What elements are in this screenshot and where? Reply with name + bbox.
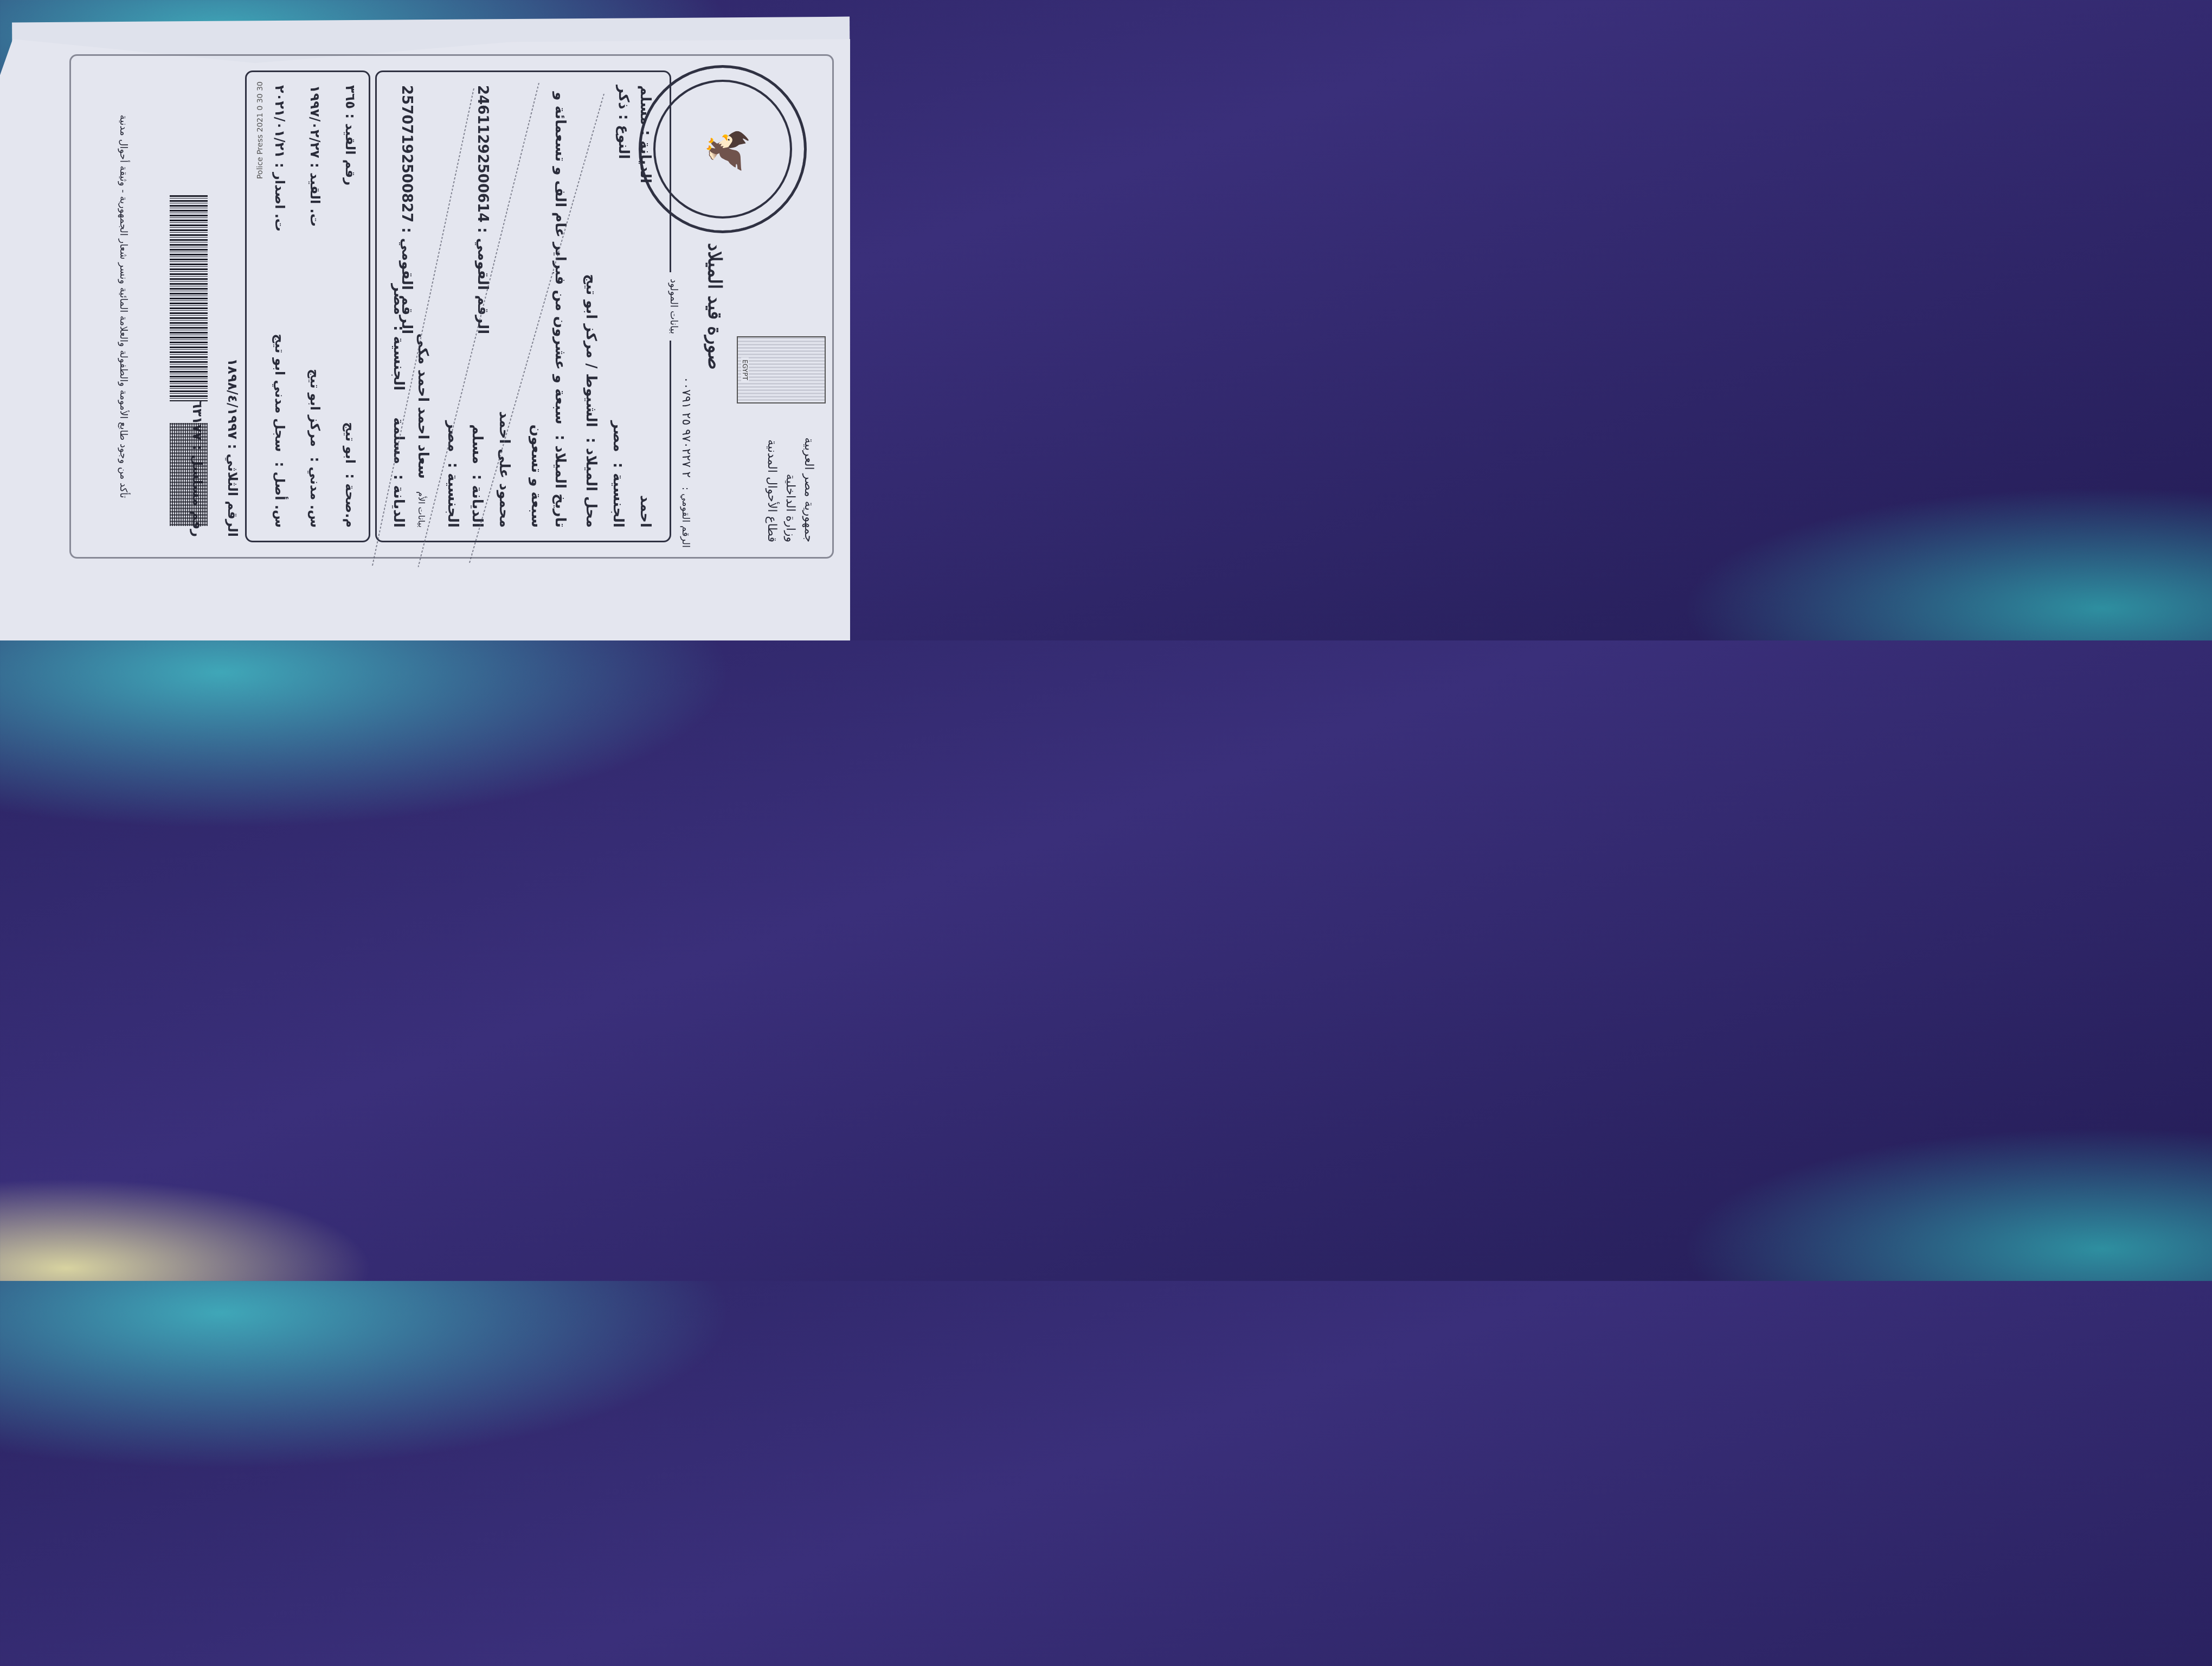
father-national-id-row: الرقم القومي : 24611292500614: [474, 85, 491, 334]
record-date: ١٩٩٧/٠٢/٢٧: [307, 85, 323, 158]
nationality-row: الجنسية : مصر: [610, 85, 626, 528]
birth-date-row: تاريخ الميلاد : سبعة و عشرون من فبراير ع…: [524, 85, 572, 528]
revenue-stamp: EGYPT: [737, 336, 826, 403]
newborn-religion: مسلم: [637, 85, 653, 125]
triple-number-row: الرقم الثلاثي : ١٨٩٨/٤/١٩٩٧: [225, 358, 240, 537]
newborn-section-title: بيانات المولود: [668, 272, 679, 341]
header-country: جمهورية مصر العربية: [799, 438, 818, 542]
child-national-id: الرقم القومي : ٢ ٩٧٠٢٢٧ ٢٥ ٠٠٧٩١: [679, 376, 693, 548]
mother-national-id-row: الرقم القومي : 25707192500827: [398, 85, 415, 334]
father-nationality-row: الجنسية : مصر: [445, 85, 461, 528]
father-name: محمود على احمد: [496, 411, 512, 528]
health-office: ابو تيج: [343, 422, 358, 464]
newborn-nationality: مصر: [610, 421, 626, 452]
newborn-name: احمد: [637, 495, 653, 528]
father-nationality: مصر: [445, 421, 461, 452]
father-name-row: محمود على احمد: [496, 85, 512, 528]
footer-verification-note: تأكد من وجود طابع الأمومة والطفولة والعل…: [118, 65, 129, 548]
security-code-block: [170, 423, 208, 526]
civil-registry: مركز ابو تيج: [307, 369, 323, 447]
birth-place: الشيوط / مركز ابو تيج: [583, 274, 599, 427]
newborn-religion-row: الديانة : مسلم: [637, 85, 653, 183]
record-number: ٣٦٥: [343, 85, 358, 109]
mother-religion: مسلمة: [390, 417, 407, 464]
header-ministry: وزارة الداخلية: [781, 438, 799, 542]
printer-mark: Police Press 2021 0 30 30: [256, 81, 265, 179]
mother-name: سعاد احمد احمد مكى: [415, 334, 431, 479]
mother-national-id: 25707192500827: [398, 85, 415, 222]
stamp-country-label: EGYPT: [741, 357, 749, 382]
header-sector: قطاع الأحوال المدنية: [762, 438, 781, 542]
issuer-header: جمهورية مصر العربية وزارة الداخلية قطاع …: [762, 438, 818, 542]
triple-number: ١٨٩٨/٤/١٩٩٧: [225, 358, 240, 439]
birth-place-row: محل الميلاد : الشيوط / مركز ابو تيج: [583, 85, 599, 528]
issue-date-row: ت. اصدار : ٢٠٢١/٠١/٢١: [272, 85, 287, 232]
personal-data-box: بيانات المولود احمد الديانة : مسلم النوع…: [375, 71, 671, 542]
record-number-row: رقم القيد : ٣٦٥: [343, 85, 358, 185]
record-date-row: ت. القيد : ١٩٩٧/٠٢/٢٧: [307, 85, 323, 227]
page-title: صورة قيد الميلاد: [704, 33, 725, 580]
national-id-value: ٢ ٩٧٠٢٢٧ ٢٥ ٠٠٧٩١: [679, 376, 693, 477]
father-religion: مسلم: [469, 424, 485, 464]
issue-date: ٢٠٢١/٠١/٢١: [272, 85, 287, 158]
origin-registry: سجل مدني ابو تيج: [272, 334, 287, 452]
birth-certificate: جمهورية مصر العربية وزارة الداخلية قطاع …: [53, 33, 850, 580]
mother-section-title: بيانات الأم: [416, 491, 427, 528]
national-id-label: الرقم القومي :: [680, 487, 691, 548]
mother-name-row: بيانات الأم سعاد احمد احمد مكى: [415, 85, 431, 528]
barcode: [170, 195, 208, 401]
father-national-id: 24611292500614: [474, 85, 491, 222]
